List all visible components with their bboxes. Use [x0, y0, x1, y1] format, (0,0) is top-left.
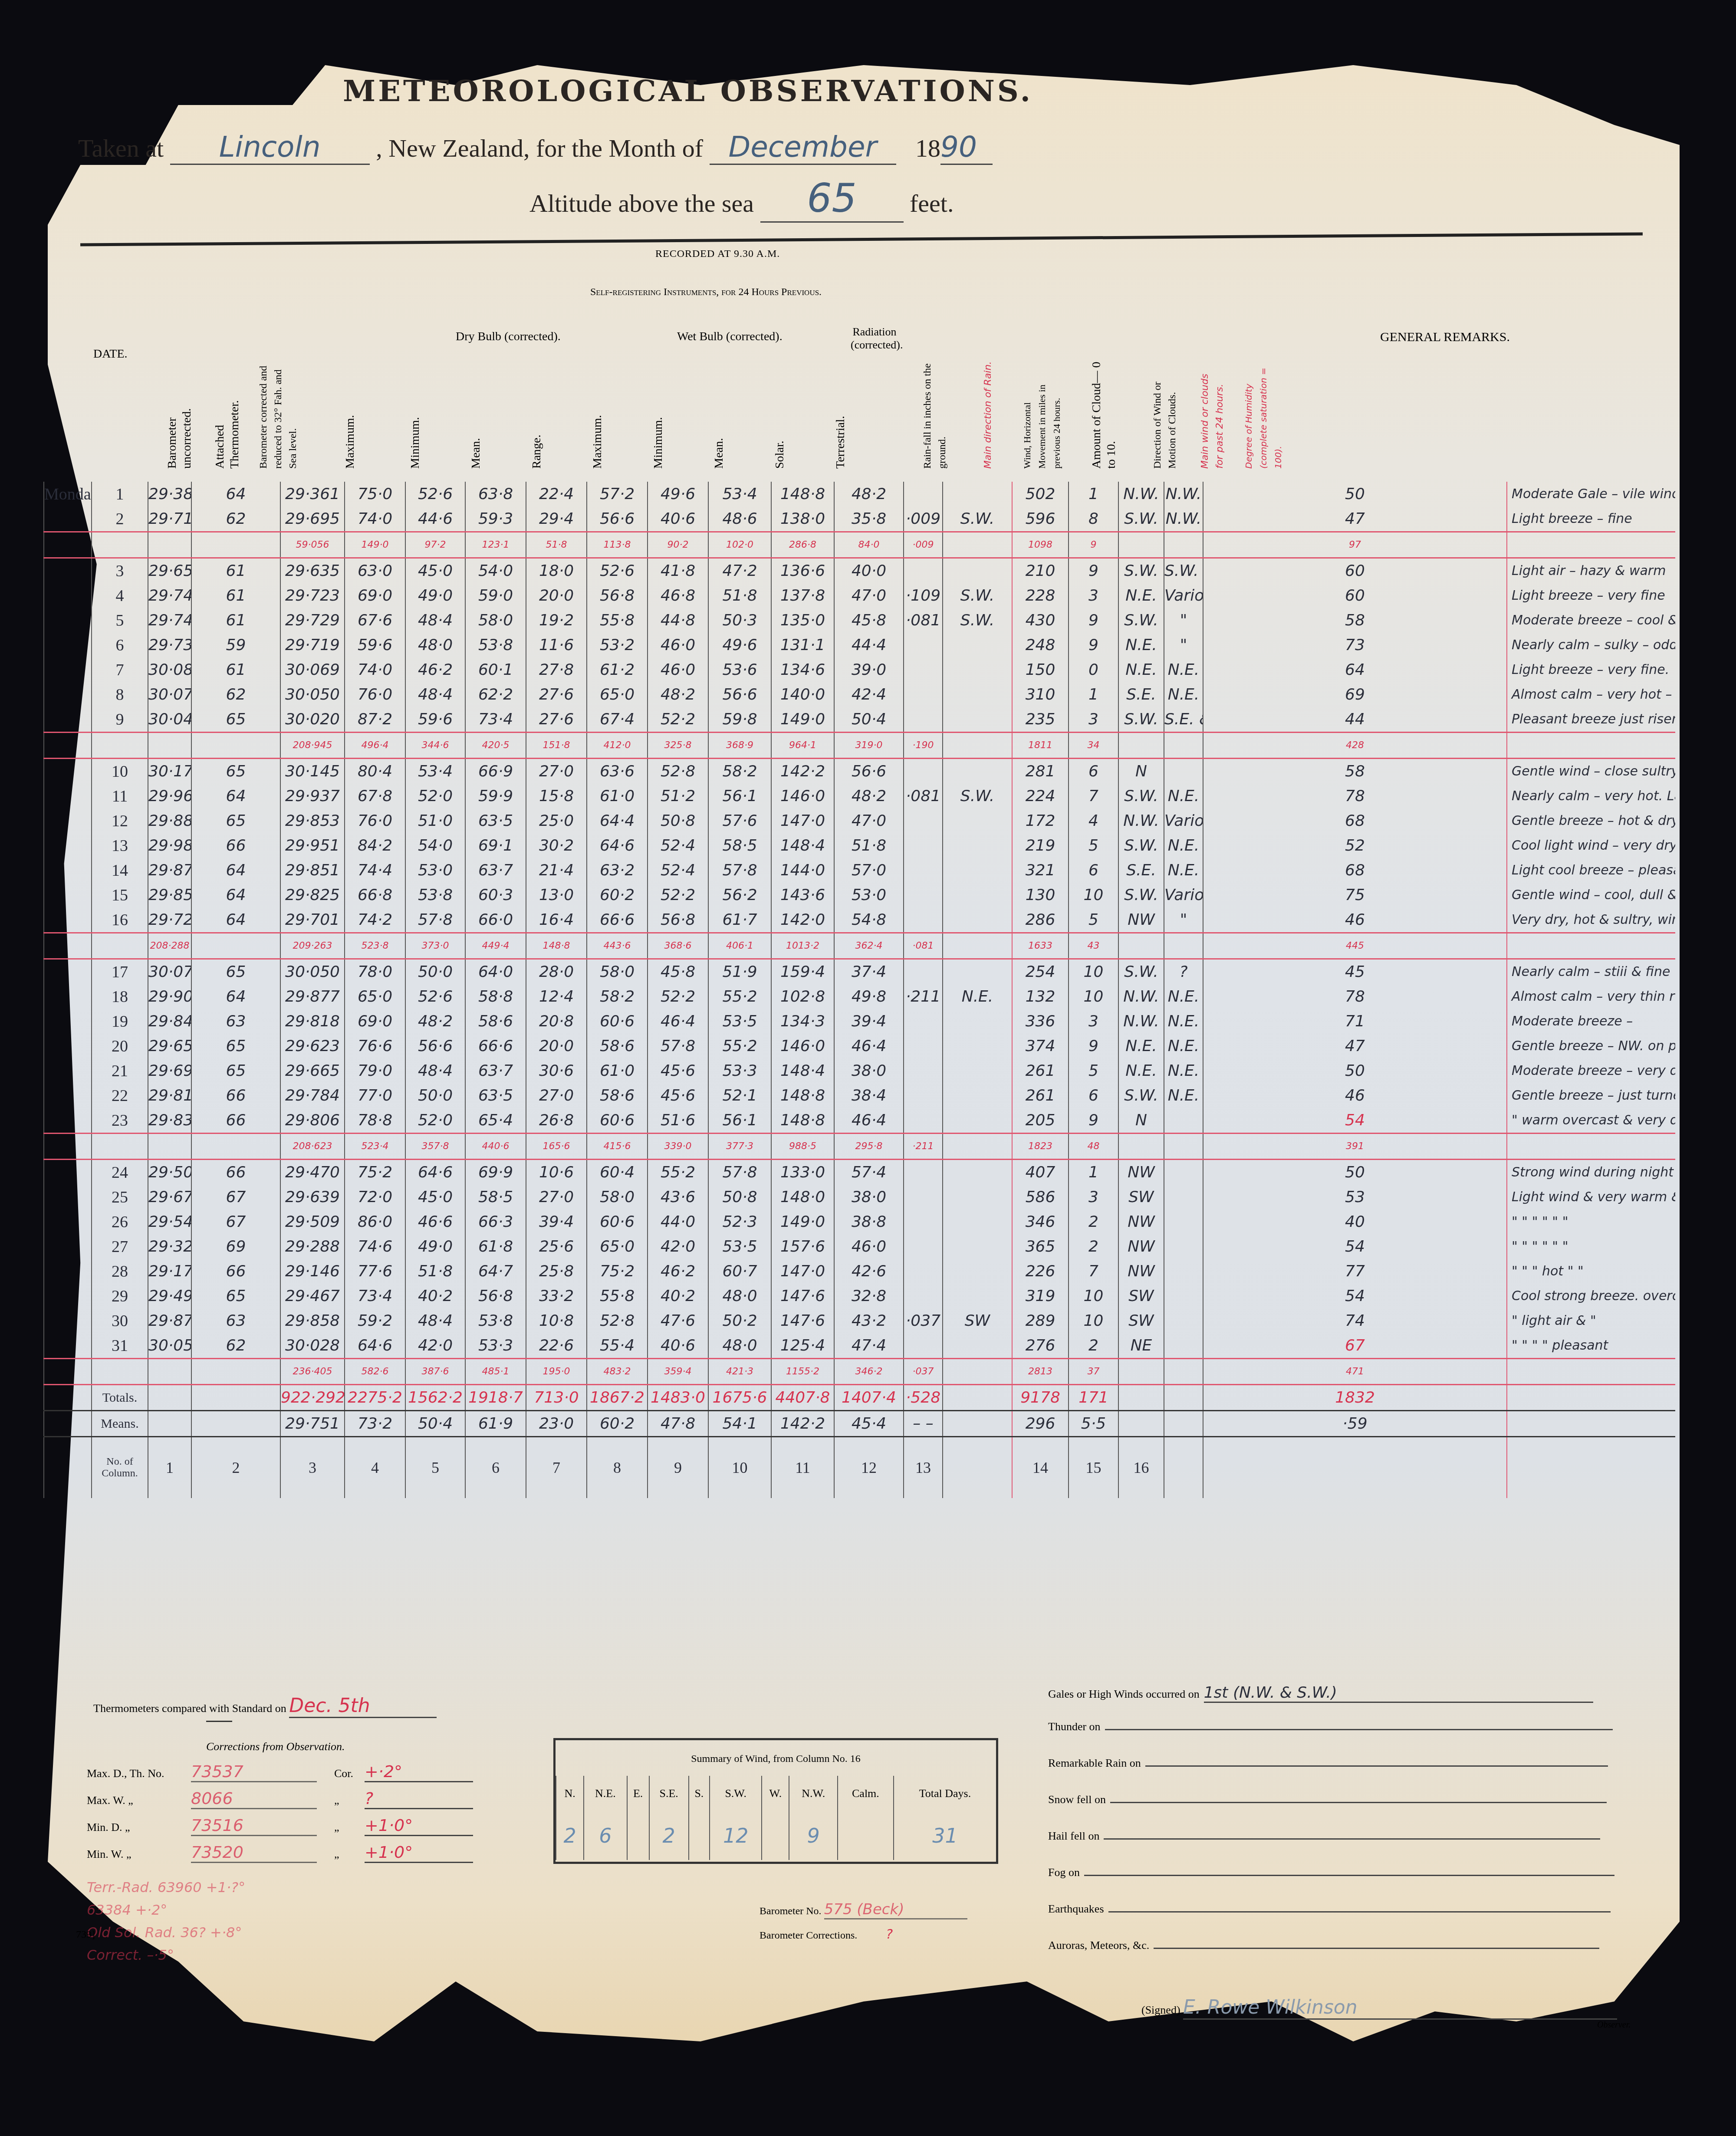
cell-rain: [904, 1209, 943, 1234]
cell-dmax: 59·2: [345, 1308, 405, 1333]
cell-rain_dir: S.W.: [943, 608, 1012, 633]
cell-dmean: 69·9: [465, 1160, 526, 1185]
column-headers: Barometer uncorrected. Attached Thermome…: [165, 360, 1276, 469]
cell-main_wind: [1164, 532, 1203, 558]
cell-solar: 148·8: [771, 1108, 834, 1134]
station-line: Taken at Lincoln , New Zealand, for the …: [78, 130, 993, 165]
barometer-corrections-value: ?: [886, 1927, 893, 1942]
cell-dmax: 59·6: [345, 633, 405, 657]
cell-drange: 22·4: [526, 482, 587, 506]
cell-main_wind: [1164, 1108, 1203, 1134]
cell-hum: 54: [1203, 1234, 1507, 1259]
correction-value: +1·0°: [365, 1816, 473, 1836]
cell-wmax: 56·8: [587, 583, 648, 608]
cell-dir: [1118, 1359, 1164, 1385]
cell-wmean: 368·9: [708, 733, 771, 759]
cell-att: 69: [191, 1234, 280, 1259]
date-cell: 18: [92, 984, 148, 1009]
cell-att: 64: [191, 907, 280, 933]
cell-att: 66: [191, 1259, 280, 1284]
wind-header-0: N.: [556, 1776, 584, 1811]
remark-cell: " warm overcast & very dry: [1507, 1108, 1675, 1134]
cell-cloud: 5: [1069, 907, 1118, 933]
phenomenon-label: Fog on: [1048, 1866, 1080, 1879]
cell-baro_c: 29·784: [280, 1083, 345, 1108]
col-head-main-wind: Main wind or clouds for past 24 hours.: [1198, 360, 1241, 469]
cell-dmax: 74·6: [345, 1234, 405, 1259]
wind-value-1: 6: [584, 1811, 627, 1860]
cell-drange: 27·0: [526, 759, 587, 784]
cell-main_wind: [1164, 1160, 1203, 1185]
cell-drange: 11·6: [526, 633, 587, 657]
cell-wmax: 61·2: [587, 657, 648, 682]
cell-terr: 1407·4: [834, 1385, 904, 1411]
cell-rain_dir: [943, 1234, 1012, 1259]
cell-wmax: 1867·2: [587, 1385, 648, 1411]
cell-dmean: 1918·7: [465, 1385, 526, 1411]
margin-note: [44, 657, 92, 682]
cell-dir: [1118, 933, 1164, 959]
cell-rain_dir: N.E.: [943, 984, 1012, 1009]
cell-dmean: 66·6: [465, 1034, 526, 1058]
cell-terr: 44·4: [834, 633, 904, 657]
margin-note: [44, 1359, 92, 1385]
cell-terr: 38·8: [834, 1209, 904, 1234]
date-cell: 21: [92, 1058, 148, 1083]
table-row: 1629·7266429·70174·257·866·016·466·656·8…: [44, 907, 1675, 933]
cell-rain: [904, 682, 943, 707]
cell-rain_dir: [943, 907, 1012, 933]
cell-main_wind: ": [1164, 608, 1203, 633]
cell-baro_c: 29·806: [280, 1108, 345, 1134]
cell-dmean: 63·7: [465, 858, 526, 883]
subtotal-row: 236·405582·6387·6485·1195·0483·2359·4421…: [44, 1359, 1675, 1385]
cell-att: 66: [191, 833, 280, 858]
cell-cloud: 3: [1069, 1009, 1118, 1034]
cell-dir: S.W.: [1118, 707, 1164, 733]
cell-dmean: 63·5: [465, 1083, 526, 1108]
cell-dmax: 496·4: [345, 733, 405, 759]
cell-terr: 362·4: [834, 933, 904, 959]
date-cell: 5: [92, 608, 148, 633]
cell-wind_mi: 205: [1012, 1108, 1069, 1134]
country-label: , New Zealand, for the Month of: [376, 134, 703, 162]
cell-wmean: 57·6: [708, 808, 771, 833]
cell-rain_dir: [943, 933, 1012, 959]
cell-baro: 29·542: [148, 1209, 191, 1234]
cell-wmin: 52·4: [648, 833, 708, 858]
cell-main_wind: S.E. & N.E.: [1164, 707, 1203, 733]
date-cell: 30: [92, 1308, 148, 1333]
phenomenon-value: [1104, 1838, 1600, 1840]
cell-cloud: 1: [1069, 1160, 1118, 1185]
cell-terr: 47·0: [834, 583, 904, 608]
column-number: 1: [148, 1437, 191, 1498]
cell-rain_dir: [943, 883, 1012, 907]
cell-dmean: 61·9: [465, 1411, 526, 1437]
remark-cell: Light breeze – very fine.: [1507, 657, 1675, 682]
cell-rain_dir: [943, 1209, 1012, 1234]
date-cell: 26: [92, 1209, 148, 1234]
date-cell: 3: [92, 558, 148, 584]
remark-cell: " " " hot " ": [1507, 1259, 1675, 1284]
cell-solar: 148·8: [771, 482, 834, 506]
cell-dmin: 49·0: [405, 583, 465, 608]
date-cell: 20: [92, 1034, 148, 1058]
margin-note: [44, 707, 92, 733]
cell-baro_c: 29·467: [280, 1284, 345, 1308]
phenomenon-value: 1st (N.W. & S.W.): [1204, 1684, 1593, 1703]
correction-value: +1·0°: [365, 1843, 473, 1863]
remark-cell: [1507, 1134, 1675, 1160]
cell-dir: S.W.: [1118, 959, 1164, 985]
cell-hum: 69: [1203, 682, 1507, 707]
cell-dmax: 67·6: [345, 608, 405, 633]
cell-hum: 45: [1203, 959, 1507, 985]
cell-cloud: 10: [1069, 1308, 1118, 1333]
remark-cell: " " " " pleasant: [1507, 1333, 1675, 1359]
cell-att: 62: [191, 1333, 280, 1359]
barometer-corrections-line: Barometer Corrections. ?: [759, 1927, 893, 1942]
cell-baro_c: 29·623: [280, 1034, 345, 1058]
cell-wmean: 53·5: [708, 1009, 771, 1034]
cell-rain: [904, 482, 943, 506]
cell-hum: 47: [1203, 1034, 1507, 1058]
cell-terr: 51·8: [834, 833, 904, 858]
cell-baro_c: 29·818: [280, 1009, 345, 1034]
col-head-wmean: Mean.: [712, 360, 773, 469]
cell-drange: 195·0: [526, 1359, 587, 1385]
correction-label: Max. D., Th. No.: [87, 1767, 191, 1780]
cell-rain: [904, 833, 943, 858]
table-row: 730·0866130·06974·046·260·127·861·246·05…: [44, 657, 1675, 682]
corrections-list: Max. D., Th. No.73537Cor.+·2°Max. W. „80…: [87, 1762, 477, 1870]
column-number: 15: [1069, 1437, 1118, 1498]
cell-dmean: 449·4: [465, 933, 526, 959]
cell-wind_mi: 248: [1012, 633, 1069, 657]
cell-wmax: 58·0: [587, 1185, 648, 1209]
cell-rain: ·081: [904, 933, 943, 959]
cell-drange: 30·2: [526, 833, 587, 858]
cell-cloud: 9: [1069, 608, 1118, 633]
cell-wmax: 55·8: [587, 608, 648, 633]
cell-dir: S.W.: [1118, 1083, 1164, 1108]
cell-wmax: 65·0: [587, 682, 648, 707]
cell-dmax: 523·4: [345, 1134, 405, 1160]
cell-terr: 48·2: [834, 482, 904, 506]
self-registering-label: Self-registering Instruments, for 24 Hou…: [590, 286, 822, 298]
date-cell: 29: [92, 1284, 148, 1308]
cell-main_wind: N.E.: [1164, 833, 1203, 858]
cell-rain: [904, 558, 943, 584]
cell-dir: SW: [1118, 1284, 1164, 1308]
margin-note: [44, 558, 92, 584]
cell-drange: 25·0: [526, 808, 587, 833]
phenomenon-label: Gales or High Winds occurred on: [1048, 1688, 1200, 1700]
cell-att: 64: [191, 784, 280, 808]
margin-note: Monday: [44, 482, 92, 506]
cell-cloud: 6: [1069, 858, 1118, 883]
cell-wind_mi: 1098: [1012, 532, 1069, 558]
cell-drange: 10·6: [526, 1160, 587, 1185]
cell-dmin: 49·0: [405, 1234, 465, 1259]
cell-wmin: 40·2: [648, 1284, 708, 1308]
cell-drange: 151·8: [526, 733, 587, 759]
cell-wind_mi: 336: [1012, 1009, 1069, 1034]
cell-wind_mi: 502: [1012, 482, 1069, 506]
cell-dir: NW: [1118, 1209, 1164, 1234]
cell-cloud: 3: [1069, 1185, 1118, 1209]
cell-solar: 143·6: [771, 883, 834, 907]
cell-drange: 28·0: [526, 959, 587, 985]
cell-solar: 131·1: [771, 633, 834, 657]
remark-cell: [1507, 1385, 1675, 1411]
cell-dmax: 86·0: [345, 1209, 405, 1234]
remark-cell: Moderate breeze – cool & fine: [1507, 608, 1675, 633]
cell-baro_c: 29·695: [280, 506, 345, 532]
cell-solar: 134·6: [771, 657, 834, 682]
wind-summary-title: Summary of Wind, from Column No. 16: [556, 1753, 996, 1765]
col-head-dir: Direction of Wind or Motion of Clouds.: [1150, 360, 1198, 469]
cell-wind_mi: 172: [1012, 808, 1069, 833]
cell-drange: 13·0: [526, 883, 587, 907]
cell-wind_mi: 219: [1012, 833, 1069, 858]
cell-dmean: 60·1: [465, 657, 526, 682]
cell-main_wind: [1164, 1308, 1203, 1333]
cell-baro: [148, 1134, 191, 1160]
cell-wmin: 55·2: [648, 1160, 708, 1185]
cell-baro: 29·836: [148, 1108, 191, 1134]
cell-wmin: 47·8: [648, 1411, 708, 1437]
wind-value-3: 2: [649, 1811, 689, 1860]
dry-bulb-label: Dry Bulb (corrected).: [456, 330, 561, 344]
cell-baro: 30·048: [148, 707, 191, 733]
cell-main_wind: N.W.: [1164, 506, 1203, 532]
cell-dmin: 357·8: [405, 1134, 465, 1160]
cell-dmin: 48·4: [405, 608, 465, 633]
remark-cell: [1507, 532, 1675, 558]
cell-baro_c: 208·945: [280, 733, 345, 759]
cell-wmean: 56·6: [708, 682, 771, 707]
cell-cloud: 2: [1069, 1333, 1118, 1359]
correction-notes: Terr.-Rad. 63960 +1·?°63384 +·2°Old Sol.…: [87, 1879, 434, 1969]
cell-solar: 134·3: [771, 1009, 834, 1034]
cell-main_wind: N.E.: [1164, 858, 1203, 883]
date-cell: 8: [92, 682, 148, 707]
cell-rain: [904, 1083, 943, 1108]
margin-note: [44, 984, 92, 1009]
cell-drange: 12·4: [526, 984, 587, 1009]
remark-cell: Moderate breeze – very dry. NW on plains: [1507, 1058, 1675, 1083]
cell-dmin: 51·8: [405, 1259, 465, 1284]
cell-rain: [904, 1034, 943, 1058]
cell-wmin: 47·6: [648, 1308, 708, 1333]
cell-rain_dir: [943, 1359, 1012, 1385]
cell-baro: 29·982: [148, 833, 191, 858]
cell-hum: 54: [1203, 1108, 1507, 1134]
cell-dmin: 42·0: [405, 1333, 465, 1359]
cell-wmin: 42·0: [648, 1234, 708, 1259]
cell-att: 66: [191, 1160, 280, 1185]
wind-value-7: 9: [789, 1811, 838, 1860]
cell-cloud: 7: [1069, 1259, 1118, 1284]
margin-note: [44, 532, 92, 558]
cell-wmax: 61·0: [587, 784, 648, 808]
recorded-at-label: RECORDED AT 9.30 A.M.: [655, 248, 780, 260]
cell-cloud: 37: [1069, 1359, 1118, 1385]
cell-wmax: 61·0: [587, 1058, 648, 1083]
cell-wmin: 45·8: [648, 959, 708, 985]
remark-cell: [1507, 733, 1675, 759]
cell-dmax: 72·0: [345, 1185, 405, 1209]
cell-solar: 142·2: [771, 1411, 834, 1437]
cell-wmax: 60·2: [587, 1411, 648, 1437]
margin-note: [44, 1058, 92, 1083]
cell-wmin: 44·0: [648, 1209, 708, 1234]
form-number: 739]: [76, 1929, 95, 1941]
station-field: Lincoln: [170, 130, 370, 165]
margin-note: [44, 1185, 92, 1209]
cell-wmax: 52·6: [587, 558, 648, 584]
cell-dmin: 52·0: [405, 1108, 465, 1134]
margin-note: [44, 1160, 92, 1185]
cell-terr: 47·4: [834, 1333, 904, 1359]
altitude-unit: feet.: [910, 189, 953, 217]
column-number: [1164, 1437, 1203, 1498]
cell-dir: N.W.: [1118, 482, 1164, 506]
table-row: 930·0486530·02087·259·673·427·667·452·25…: [44, 707, 1675, 733]
cell-wmean: 57·8: [708, 1160, 771, 1185]
cell-baro_c: 29·937: [280, 784, 345, 808]
cell-rain_dir: [943, 858, 1012, 883]
signed-line: (Signed) E. Rowe Wilkinson: [1141, 1996, 1617, 2020]
remark-cell: [1507, 1411, 1675, 1437]
cell-solar: 148·4: [771, 833, 834, 858]
margin-note: [44, 1108, 92, 1134]
cell-rain: ·211: [904, 1134, 943, 1160]
wind-header-8: Calm.: [838, 1776, 894, 1811]
phenomenon-row: Earthquakes: [1048, 1903, 1643, 1939]
cell-rain: [904, 907, 943, 933]
cell-baro_c: 29·723: [280, 583, 345, 608]
cell-dmax: 76·6: [345, 1034, 405, 1058]
cell-att: 63: [191, 1308, 280, 1333]
cell-att: 62: [191, 506, 280, 532]
cell-drange: 19·2: [526, 608, 587, 633]
cell-solar: 1013·2: [771, 933, 834, 959]
phenomenon-row: Fog on: [1048, 1866, 1643, 1903]
cell-wind_mi: 586: [1012, 1185, 1069, 1209]
cell-wind_mi: 254: [1012, 959, 1069, 985]
cell-wmin: 368·6: [648, 933, 708, 959]
cell-dir: N.E.: [1118, 1034, 1164, 1058]
cell-terr: 53·0: [834, 883, 904, 907]
cell-dir: N.E.: [1118, 1058, 1164, 1083]
cell-hum: 50: [1203, 1160, 1507, 1185]
cell-baro: 29·176: [148, 1259, 191, 1284]
cell-rain_dir: [943, 682, 1012, 707]
cell-wmin: 45·6: [648, 1058, 708, 1083]
cell-wind_mi: 296: [1012, 1411, 1069, 1437]
table-row: 1829·9026429·87765·052·658·812·458·252·2…: [44, 984, 1675, 1009]
cell-drange: 10·8: [526, 1308, 587, 1333]
cell-hum: 97: [1203, 532, 1507, 558]
cell-att: [191, 1134, 280, 1160]
cell-baro_c: 29·470: [280, 1160, 345, 1185]
cell-wmin: 48·2: [648, 682, 708, 707]
table-row: 2529·6726729·63972·045·058·527·058·043·6…: [44, 1185, 1675, 1209]
cell-baro: 208·288: [148, 933, 191, 959]
cell-rain: [904, 858, 943, 883]
cell-wmax: 56·6: [587, 506, 648, 532]
cell-wmean: 60·7: [708, 1259, 771, 1284]
cell-dmean: 53·3: [465, 1333, 526, 1359]
cell-wmean: 406·1: [708, 933, 771, 959]
cell-baro_c: 29·665: [280, 1058, 345, 1083]
cell-dmean: 69·1: [465, 833, 526, 858]
cell-dmax: 65·0: [345, 984, 405, 1009]
table-row: 1429·8766429·85174·453·063·721·463·252·4…: [44, 858, 1675, 883]
margin-note: [44, 883, 92, 907]
cell-wind_mi: 596: [1012, 506, 1069, 532]
cell-dmean: 64·0: [465, 959, 526, 985]
cell-main_wind: ": [1164, 907, 1203, 933]
col-head-wmax: Maximum.: [590, 360, 651, 469]
cell-terr: 40·0: [834, 558, 904, 584]
cell-terr: 54·8: [834, 907, 904, 933]
margin-note: [44, 1284, 92, 1308]
margin-note: [44, 1083, 92, 1108]
cell-wmax: 63·2: [587, 858, 648, 883]
wind-value-5: 12: [710, 1811, 762, 1860]
cell-hum: 391: [1203, 1134, 1507, 1160]
cell-drange: 27·6: [526, 707, 587, 733]
cell-baro_c: 59·056: [280, 532, 345, 558]
cell-wind_mi: 346: [1012, 1209, 1069, 1234]
cell-dmean: 53·8: [465, 1308, 526, 1333]
cell-wmin: 57·8: [648, 1034, 708, 1058]
cell-baro_c: 922·292: [280, 1385, 345, 1411]
thermometers-date: Dec. 5th: [289, 1695, 437, 1718]
date-cell: 25: [92, 1185, 148, 1209]
signed-label: (Signed): [1141, 2004, 1180, 2016]
cell-dmin: 387·6: [405, 1359, 465, 1385]
remark-cell: " light air & ": [1507, 1308, 1675, 1333]
cell-dmax: 73·4: [345, 1284, 405, 1308]
date-cell: [92, 1134, 148, 1160]
cell-wind_mi: 9178: [1012, 1385, 1069, 1411]
remark-cell: Gentle wind – cool, dull & overcast.: [1507, 883, 1675, 907]
cell-rain: [904, 633, 943, 657]
cell-hum: 50: [1203, 1058, 1507, 1083]
cell-wmin: 44·8: [648, 608, 708, 633]
subtotal-row: 59·056149·097·2123·151·8113·890·2102·028…: [44, 532, 1675, 558]
cell-baro_c: 30·028: [280, 1333, 345, 1359]
cell-dir: SW: [1118, 1308, 1164, 1333]
margin-note: [44, 1009, 92, 1034]
cell-baro: 29·650: [148, 1034, 191, 1058]
cell-cloud: 2: [1069, 1209, 1118, 1234]
cell-solar: 142·2: [771, 759, 834, 784]
cell-dir: NW: [1118, 907, 1164, 933]
cell-wmax: 64·4: [587, 808, 648, 833]
phenomenon-row: Remarkable Rain on: [1048, 1757, 1643, 1793]
cell-terr: 38·4: [834, 1083, 904, 1108]
cell-dir: N.W.: [1118, 1009, 1164, 1034]
cell-baro_c: 30·069: [280, 657, 345, 682]
cell-rain_dir: [943, 1108, 1012, 1134]
cell-dir: N: [1118, 1108, 1164, 1134]
